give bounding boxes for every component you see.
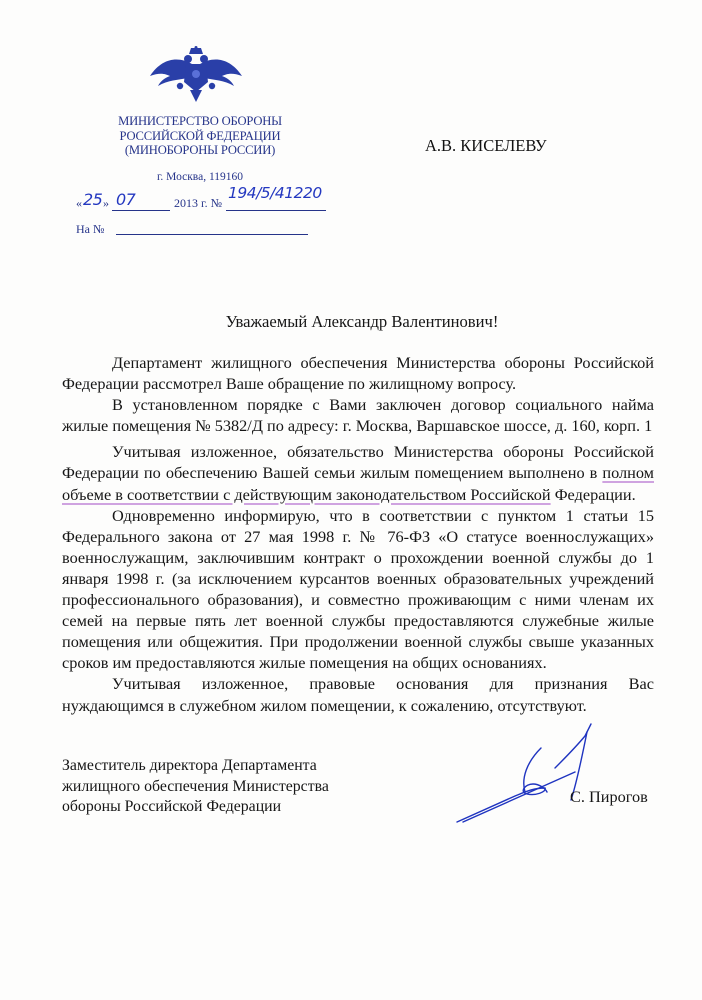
- salutation: Уважаемый Александр Валентинович!: [62, 312, 662, 332]
- open-quote: «: [76, 196, 82, 211]
- paragraph: Учитывая изложенное, правовые основания …: [62, 673, 654, 715]
- date-number-line: « 25 » 07 2013 г. № 194/5/41220: [76, 190, 336, 214]
- signatory-title-line: жилищного обеспечения Министерства: [62, 777, 329, 798]
- year-number-label: 2013 г. №: [174, 196, 222, 211]
- double-headed-eagle-emblem: [148, 46, 244, 104]
- letter-body: Департамент жилищного обеспечения Минист…: [62, 352, 654, 716]
- month-underline: [112, 210, 170, 211]
- handwritten-signature: [455, 722, 625, 832]
- paragraph: Одновременно информирую, что в соответст…: [62, 505, 654, 674]
- org-line: МИНИСТЕРСТВО ОБОРОНЫ: [100, 114, 300, 129]
- city-postcode: г. Москва, 119160: [100, 171, 300, 183]
- reference-underline: [116, 234, 308, 235]
- signatory-title-line: обороны Российской Федерации: [62, 797, 329, 818]
- signatory-title: Заместитель директора Департамента жилищ…: [62, 756, 329, 818]
- paragraph-text: Учитывая изложенное, обязательство Минис…: [62, 442, 654, 482]
- signatory-title-line: Заместитель директора Департамента: [62, 756, 329, 777]
- org-line: (МИНОБОРОНЫ РОССИИ): [100, 143, 300, 158]
- paragraph: Департамент жилищного обеспечения Минист…: [62, 352, 654, 394]
- close-quote: »: [103, 196, 109, 211]
- addressee: А.В. КИСЕЛЕВУ: [425, 136, 547, 156]
- reference-label: На №: [76, 222, 104, 237]
- handwritten-month: 07: [116, 190, 135, 209]
- handwritten-day: 25: [83, 190, 102, 209]
- organization-name: МИНИСТЕРСТВО ОБОРОНЫ РОССИЙСКОЙ ФЕДЕРАЦИ…: [100, 114, 300, 158]
- number-underline: [226, 210, 326, 211]
- letter-page: МИНИСТЕРСТВО ОБОРОНЫ РОССИЙСКОЙ ФЕДЕРАЦИ…: [0, 0, 702, 1000]
- paragraph: В установленном порядке с Вами заключен …: [62, 394, 654, 436]
- org-line: РОССИЙСКОЙ ФЕДЕРАЦИИ: [100, 129, 300, 144]
- paragraph: Учитывая изложенное, обязательство Минис…: [62, 441, 654, 504]
- signatory-name: С. Пирогов: [570, 787, 648, 807]
- handwritten-registration-number: 194/5/41220: [228, 184, 322, 202]
- paragraph-text: Федерации.: [551, 485, 636, 504]
- reference-line: На №: [76, 222, 316, 238]
